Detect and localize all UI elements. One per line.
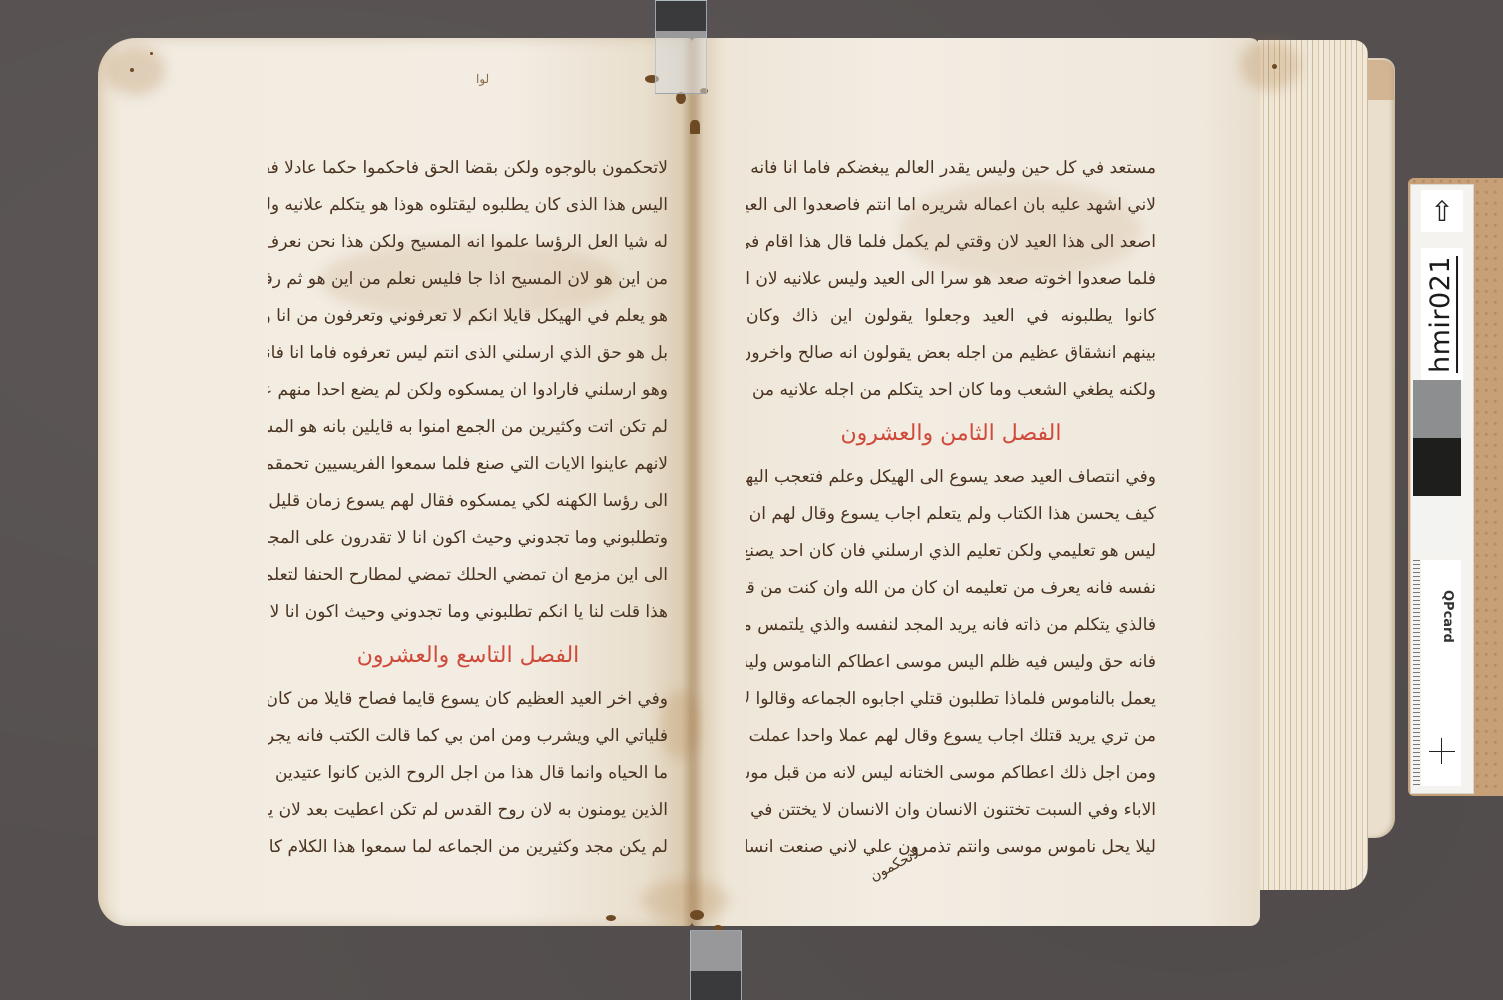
text-line: هو يعلم في الهيكل قايلا انكم لا تعرفوني …: [268, 298, 668, 335]
white-swatch: [1413, 500, 1461, 554]
text-line: وفي اخر العيد العظيم كان يسوع قايما فصاح…: [268, 681, 668, 718]
text-line: اصعد الى هذا العيد لان وقتي لم يكمل فلما…: [746, 224, 1156, 261]
worm-hole: [150, 52, 153, 55]
text-line: كانوا يطلبونه في العيد وجعلوا يقولون اين…: [746, 298, 1156, 335]
text-line: يعمل بالناموس فلماذا تطلبون قتلي اجابوه …: [746, 681, 1156, 718]
text-line: وفي انتصاف العيد صعد يسوع الى الهيكل وعل…: [746, 459, 1156, 496]
text-line: كيف يحسن هذا الكتاب ولم يتعلم اجاب يسوع …: [746, 496, 1156, 533]
text-line: الاباء وفي السبت تختنون الانسان وان الان…: [746, 792, 1156, 829]
text-line: الى اين مزمع ان تمضي الحلك تمضي لمطارح ا…: [268, 557, 668, 594]
text-line: ليلا يحل ناموس موسى وانتم تذمرون علي لان…: [746, 829, 1156, 866]
text-line: وتطلبوني وما تجدوني وحيث اكون انا لا تقد…: [268, 520, 668, 557]
chapter-heading-rubric: الفصل التاسع والعشرون: [268, 631, 668, 681]
holding-clip-top: [655, 0, 707, 94]
text-line: ما الحياه وانما قال هذا من اجل الروح الذ…: [268, 755, 668, 792]
page-edges-stack: [1258, 40, 1368, 890]
water-stain: [640, 880, 730, 920]
water-stain: [1240, 40, 1300, 90]
black-swatch: [1413, 438, 1461, 496]
shelfmark-label: hmir021: [1421, 248, 1463, 380]
text-line: من تري يريد قتلك اجاب يسوع وقال لهم عملا…: [746, 718, 1156, 755]
text-line: مستعد في كل حين وليس يقدر العالم يبغضكم …: [746, 150, 1156, 187]
crosshair-icon: [1429, 738, 1455, 764]
worm-hole: [606, 915, 616, 921]
worm-hole: [1272, 64, 1277, 69]
text-line: لانهم عاينوا الايات التي صنع فلما سمعوا …: [268, 446, 668, 483]
text-line: فلما صعدوا اخوته صعد هو سرا الى العيد ول…: [746, 261, 1156, 298]
text-line: لم تكن اتت وكثيرين من الجمع امنوا به قاي…: [268, 409, 668, 446]
text-line: اليس هذا الذى كان يطلبوه ليقتلوه هوذا هو…: [268, 187, 668, 224]
text-line: وهو ارسلني فارادوا ان يمسكوه ولكن لم يضع…: [268, 372, 668, 409]
text-line: له شيا العل الرؤسا علموا انه المسيح ولكن…: [268, 224, 668, 261]
text-line: ومن اجل ذلك اعطاكم موسى الختانه ليس لانه…: [746, 755, 1156, 792]
text-line: فانه حق وليس فيه ظلم اليس موسى اعطاكم ال…: [746, 644, 1156, 681]
chapter-heading-rubric: الفصل الثامن والعشرون: [746, 409, 1156, 459]
text-line: فالذي يتكلم من ذاته فانه يريد المجد لنفس…: [746, 607, 1156, 644]
scale-ruler: [1413, 560, 1420, 786]
text-line: لاني اشهد عليه بان اعماله شريره اما انتم…: [746, 187, 1156, 224]
text-line: الذين يومنون به لان روح القدس لم تكن اعط…: [268, 792, 668, 829]
water-stain: [105, 45, 165, 95]
text-line: هذا قلت لنا يا انكم تطلبوني وما تجدوني و…: [268, 594, 668, 631]
foliation-mark: لوا: [476, 72, 489, 86]
text-line: فلياتي الي ويشرب ومن امن بي كما قالت الك…: [268, 718, 668, 755]
shelfmark-text: hmir021: [1426, 255, 1459, 372]
text-line: لم يكن مجد وكثيرين من الجماعه لما سمعوا …: [268, 829, 668, 866]
text-line: ليس هو تعليمي ولكن تعليم الذي ارسلني فان…: [746, 533, 1156, 570]
text-line: بينهم انشقاق عظيم من اجله بعض يقولون انه…: [746, 335, 1156, 372]
text-line: نفسه فانه يعرف من تعليمه ان كان من الله …: [746, 570, 1156, 607]
worm-hole: [130, 68, 134, 72]
grey-swatch: [1413, 380, 1461, 438]
text-line: لاتحكمون بالوجوه ولكن بقضا الحق فاحكموا …: [268, 150, 668, 187]
right-page-text: مستعد في كل حين وليس يقدر العالم يبغضكم …: [746, 150, 1156, 866]
up-arrow-icon: ⇧: [1421, 190, 1463, 232]
text-line: بل هو حق الذي ارسلني الذى انتم ليس تعرفو…: [268, 335, 668, 372]
left-page-text: لاتحكمون بالوجوه ولكن بقضا الحق فاحكموا …: [268, 150, 668, 866]
worm-hole: [690, 120, 700, 134]
card-brand-panel: QPcard: [1421, 560, 1461, 786]
text-line: الى رؤسا الكهنه لكي يمسكوه فقال لهم يسوع…: [268, 483, 668, 520]
holding-clip-bottom: [690, 930, 742, 1000]
text-line: ولكنه يطغي الشعب وما كان احد يتكلم من اج…: [746, 372, 1156, 409]
brand-logo: QPcard: [1440, 590, 1455, 643]
worm-hole: [690, 910, 704, 920]
book-gutter: [682, 38, 704, 926]
text-line: من اين هو لان المسيح اذا جا فليس نعلم من…: [268, 261, 668, 298]
